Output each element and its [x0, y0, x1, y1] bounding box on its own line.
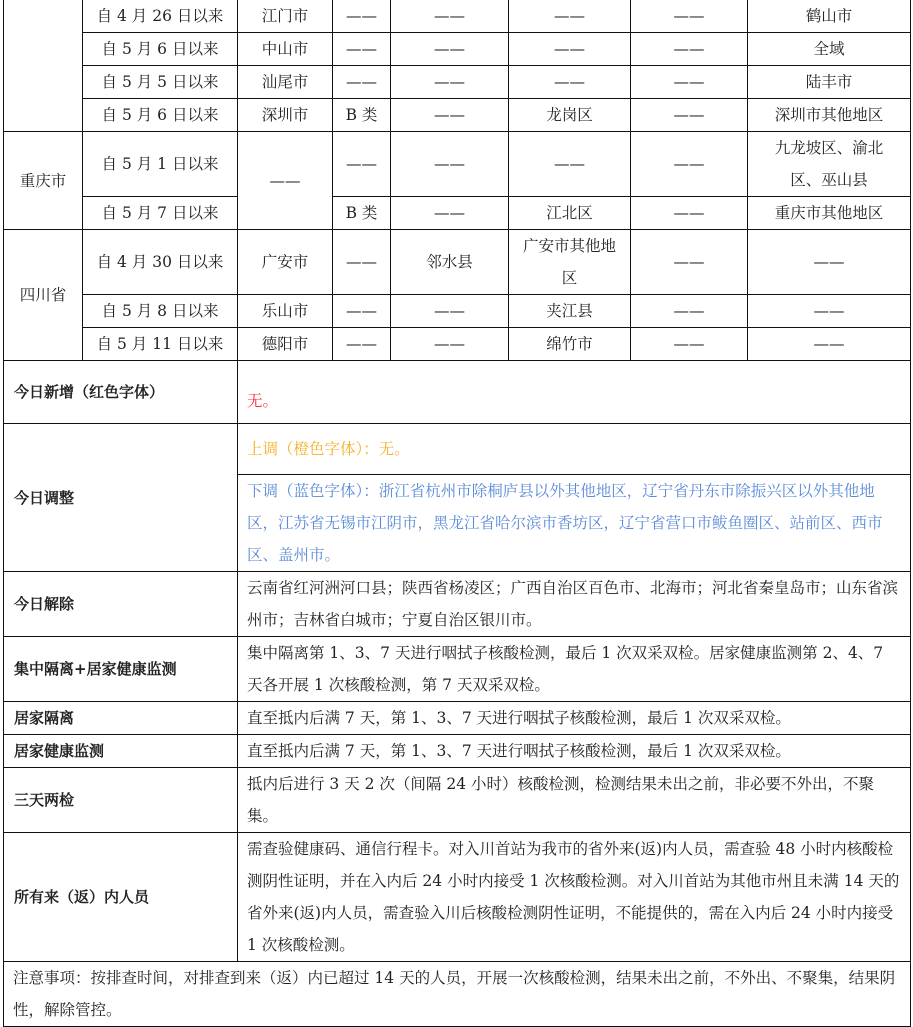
lifted-today-label: 今日解除	[4, 572, 238, 637]
table-row: 自 5 月 6 日以来 中山市 —— —— —— —— 全域	[4, 33, 911, 66]
since-cell: 自 5 月 1 日以来	[83, 132, 238, 197]
other-area-cell: 重庆市其他地区	[748, 197, 911, 230]
type-cell: ——	[333, 328, 391, 361]
table-row: 四川省 自 4 月 30 日以来 广安市 —— 邻水县 广安市其他地区 —— —…	[4, 230, 911, 295]
low-risk-cell: ——	[631, 99, 748, 132]
low-risk-cell: ——	[631, 197, 748, 230]
home-isolation-label: 居家隔离	[4, 702, 238, 735]
province-cell: 四川省	[4, 230, 83, 361]
high-risk-cell: 邻水县	[391, 230, 509, 295]
other-area-cell: ——	[748, 230, 911, 295]
high-risk-cell: ——	[391, 33, 509, 66]
high-risk-cell: ——	[391, 295, 509, 328]
new-today-row: 今日新增（红色字体） 无。	[4, 361, 911, 424]
three-days-two-tests-label: 三天两检	[4, 768, 238, 833]
adjust-today-label: 今日调整	[4, 424, 238, 572]
mid-risk-cell: ——	[509, 66, 631, 99]
three-days-two-tests-row: 三天两检 抵内后进行 3 天 2 次（间隔 24 小时）核酸检测，检测结果未出之…	[4, 768, 911, 833]
table-row: 自 5 月 7 日以来 B 类 —— 江北区 —— 重庆市其他地区	[4, 197, 911, 230]
mid-risk-cell: 江北区	[509, 197, 631, 230]
since-cell: 自 5 月 11 日以来	[83, 328, 238, 361]
high-risk-cell: ——	[391, 132, 509, 197]
low-risk-cell: ——	[631, 66, 748, 99]
low-risk-cell: ——	[631, 230, 748, 295]
province-cell	[4, 0, 83, 132]
three-days-two-tests-text: 抵内后进行 3 天 2 次（间隔 24 小时）核酸检测，检测结果未出之前，非必要…	[238, 768, 911, 833]
type-cell: B 类	[333, 99, 391, 132]
city-cell: 广安市	[238, 230, 333, 295]
table-row: 自 5 月 11 日以来 德阳市 —— —— 绵竹市 —— ——	[4, 328, 911, 361]
type-cell: ——	[333, 33, 391, 66]
mid-risk-cell: 绵竹市	[509, 328, 631, 361]
low-risk-cell: ——	[631, 295, 748, 328]
table-row: 自 5 月 5 日以来 汕尾市 —— —— —— —— 陆丰市	[4, 66, 911, 99]
new-today-text: 无。	[238, 361, 911, 424]
type-cell: B 类	[333, 197, 391, 230]
other-area-cell: 深圳市其他地区	[748, 99, 911, 132]
city-cell: 深圳市	[238, 99, 333, 132]
mid-risk-cell: 龙岗区	[509, 99, 631, 132]
note-row: 注意事项：按排查时间，对排查到来（返）内已超过 14 天的人员，开展一次核酸检测…	[4, 962, 911, 1014]
home-monitoring-label: 居家健康监测	[4, 735, 238, 768]
risk-area-table: 自 4 月 26 日以来 江门市 —— —— —— —— 鹤山市 自 5 月 6…	[3, 0, 911, 1013]
city-cell: 德阳市	[238, 328, 333, 361]
city-cell: 江门市	[238, 0, 333, 33]
type-cell: ——	[333, 0, 391, 33]
other-area-cell: 全域	[748, 33, 911, 66]
since-cell: 自 4 月 26 日以来	[83, 0, 238, 33]
table-row: 重庆市 自 5 月 1 日以来 —— —— —— —— —— 九龙坡区、渝北区、…	[4, 132, 911, 197]
other-area-cell: 九龙坡区、渝北区、巫山县	[748, 132, 911, 197]
table-row: 自 5 月 6 日以来 深圳市 B 类 —— 龙岗区 —— 深圳市其他地区	[4, 99, 911, 132]
low-risk-cell: ——	[631, 328, 748, 361]
other-area-cell: ——	[748, 328, 911, 361]
mid-risk-cell: ——	[509, 33, 631, 66]
city-cell: 乐山市	[238, 295, 333, 328]
high-risk-cell: ——	[391, 0, 509, 33]
low-risk-cell: ——	[631, 33, 748, 66]
lifted-today-text: 云南省红河洲河口县；陕西省杨凌区；广西自治区百色市、北海市；河北省秦皇岛市；山东…	[238, 572, 911, 637]
home-isolation-text: 直至抵内后满 7 天，第 1、3、7 天进行咽拭子核酸检测，最后 1 次双采双检…	[238, 702, 911, 735]
type-cell: ——	[333, 66, 391, 99]
central-isolation-label: 集中隔离+居家健康监测	[4, 637, 238, 702]
adjust-up-text: 上调（橙色字体）：无。	[238, 424, 911, 475]
high-risk-cell: ——	[391, 99, 509, 132]
all-arrivals-label: 所有来（返）内人员	[4, 833, 238, 962]
since-cell: 自 4 月 30 日以来	[83, 230, 238, 295]
high-risk-cell: ——	[391, 197, 509, 230]
type-cell: ——	[333, 295, 391, 328]
city-cell: 中山市	[238, 33, 333, 66]
high-risk-cell: ——	[391, 328, 509, 361]
city-cell: 汕尾市	[238, 66, 333, 99]
central-isolation-text: 集中隔离第 1、3、7 天进行咽拭子核酸检测，最后 1 次双采双检。居家健康监测…	[238, 637, 911, 702]
mid-risk-cell: 夹江县	[509, 295, 631, 328]
mid-risk-cell: ——	[509, 0, 631, 33]
other-area-cell: 鹤山市	[748, 0, 911, 33]
province-cell: 重庆市	[4, 132, 83, 230]
low-risk-cell: ——	[631, 132, 748, 197]
adjust-down-text: 下调（蓝色字体）：浙江省杭州市除桐庐县以外其他地区，辽宁省丹东市除振兴区以外其他…	[238, 475, 911, 572]
type-cell: ——	[333, 230, 391, 295]
type-cell: ——	[333, 132, 391, 197]
central-isolation-row: 集中隔离+居家健康监测 集中隔离第 1、3、7 天进行咽拭子核酸检测，最后 1 …	[4, 637, 911, 702]
mid-risk-cell: ——	[509, 132, 631, 197]
low-risk-cell: ——	[631, 0, 748, 33]
home-isolation-row: 居家隔离 直至抵内后满 7 天，第 1、3、7 天进行咽拭子核酸检测，最后 1 …	[4, 702, 911, 735]
all-arrivals-row: 所有来（返）内人员 需查验健康码、通信行程卡。对入川首站为我市的省外来(返)内人…	[4, 833, 911, 962]
city-cell: ——	[238, 132, 333, 230]
new-today-label: 今日新增（红色字体）	[4, 361, 238, 424]
table-row: 自 5 月 8 日以来 乐山市 —— —— 夹江县 —— ——	[4, 295, 911, 328]
home-monitoring-text: 直至抵内后满 7 天，第 1、3、7 天进行咽拭子核酸检测，最后 1 次双采双检…	[238, 735, 911, 768]
other-area-cell: 陆丰市	[748, 66, 911, 99]
lifted-today-row: 今日解除 云南省红河洲河口县；陕西省杨凌区；广西自治区百色市、北海市；河北省秦皇…	[4, 572, 911, 637]
high-risk-cell: ——	[391, 66, 509, 99]
since-cell: 自 5 月 8 日以来	[83, 295, 238, 328]
risk-area-document: 自 4 月 26 日以来 江门市 —— —— —— —— 鹤山市 自 5 月 6…	[3, 0, 910, 1013]
mid-risk-cell: 广安市其他地区	[509, 230, 631, 295]
since-cell: 自 5 月 6 日以来	[83, 99, 238, 132]
home-monitoring-row: 居家健康监测 直至抵内后满 7 天，第 1、3、7 天进行咽拭子核酸检测，最后 …	[4, 735, 911, 768]
since-cell: 自 5 月 6 日以来	[83, 33, 238, 66]
note-text: 注意事项：按排查时间，对排查到来（返）内已超过 14 天的人员，开展一次核酸检测…	[4, 962, 911, 1014]
other-area-cell: ——	[748, 295, 911, 328]
table-row: 自 4 月 26 日以来 江门市 —— —— —— —— 鹤山市	[4, 0, 911, 33]
adjust-up-row: 今日调整 上调（橙色字体）：无。	[4, 424, 911, 475]
since-cell: 自 5 月 7 日以来	[83, 197, 238, 230]
since-cell: 自 5 月 5 日以来	[83, 66, 238, 99]
all-arrivals-text: 需查验健康码、通信行程卡。对入川首站为我市的省外来(返)内人员，需查验 48 小…	[238, 833, 911, 962]
